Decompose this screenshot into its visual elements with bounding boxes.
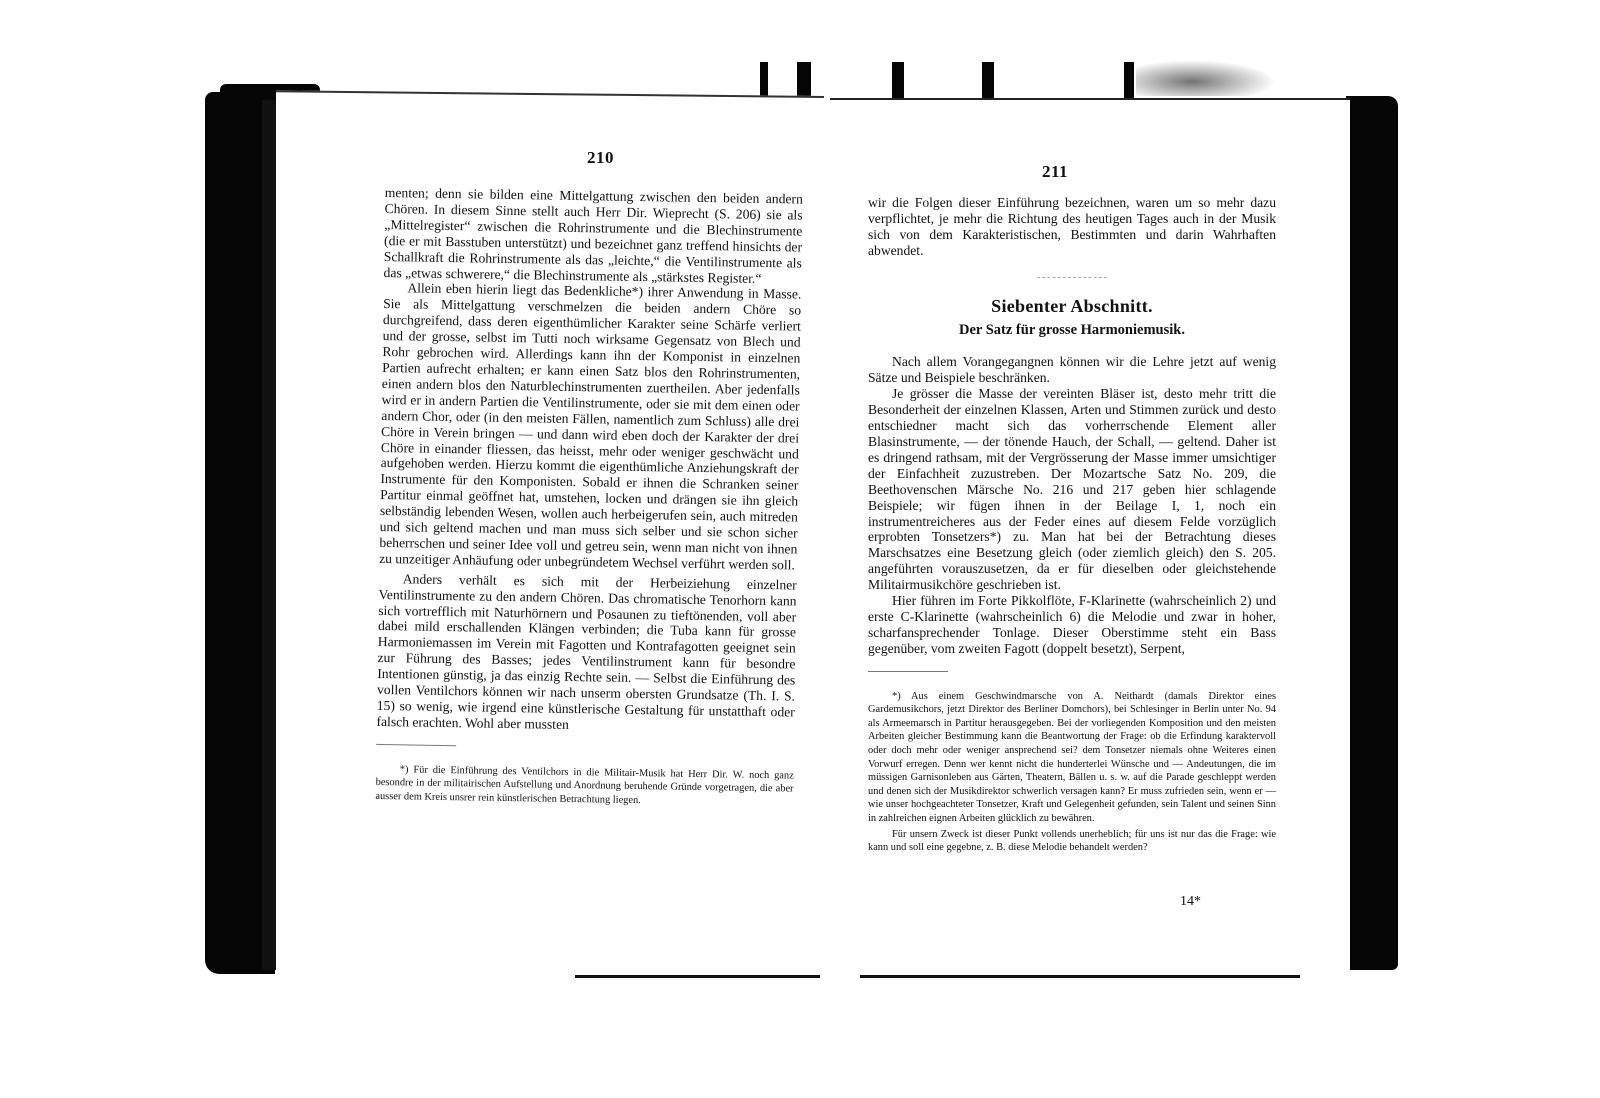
clip-mark xyxy=(982,62,994,102)
clip-mark xyxy=(760,62,768,98)
paragraph: Hier führen im Forte Pikkolflöte, F-Klar… xyxy=(868,593,1276,657)
footnote-rule xyxy=(868,671,948,672)
clip-mark xyxy=(1124,62,1134,100)
page-bottom-edge xyxy=(860,975,1300,978)
paragraph: Anders verhält es sich mit der Herbeizie… xyxy=(376,571,796,737)
footnote-rule xyxy=(376,744,456,746)
page-bottom-edge xyxy=(575,975,820,978)
page-number-right: 211 xyxy=(1042,162,1068,182)
paragraph: menten; denn sie bilden eine Mittelgattu… xyxy=(384,185,803,287)
signature-mark: 14* xyxy=(1180,894,1201,910)
book-scan: 210 menten; denn sie bilden eine Mittelg… xyxy=(0,0,1600,1098)
footnote-right: *) Aus einem Geschwindmarsche von A. Nei… xyxy=(868,690,1276,855)
footnote-text: Für unsern Zweck ist dieser Punkt vollen… xyxy=(868,828,1276,855)
clip-mark xyxy=(892,62,904,102)
paragraph: Allein eben hierin liegt das Bedenkliche… xyxy=(379,280,801,573)
section-title: Siebenter Abschnitt. xyxy=(868,299,1276,315)
footnote-text: *) Aus einem Geschwindmarsche von A. Nei… xyxy=(868,690,1276,826)
scan-smudge xyxy=(1136,60,1276,96)
book-cover-right xyxy=(1346,96,1398,970)
page-number-left: 210 xyxy=(587,148,614,168)
footnote-text: *) Für die Einführung des Ventilchors in… xyxy=(375,763,794,810)
right-page-text: wir die Folgen dieser Einführung bezeich… xyxy=(868,195,1276,855)
section-subtitle: Der Satz für grosse Harmoniemusik. xyxy=(868,323,1276,339)
paragraph: Nach allem Vorangegangnen können wir die… xyxy=(868,354,1276,386)
footnote-left: *) Für die Einführung des Ventilchors in… xyxy=(375,763,794,810)
paragraph: wir die Folgen dieser Einführung bezeich… xyxy=(868,195,1276,259)
paragraph: Je grösser die Masse der vereinten Bläse… xyxy=(868,386,1276,593)
left-page-text: menten; denn sie bilden eine Mittelgattu… xyxy=(375,185,803,810)
section-separator xyxy=(1037,277,1107,279)
